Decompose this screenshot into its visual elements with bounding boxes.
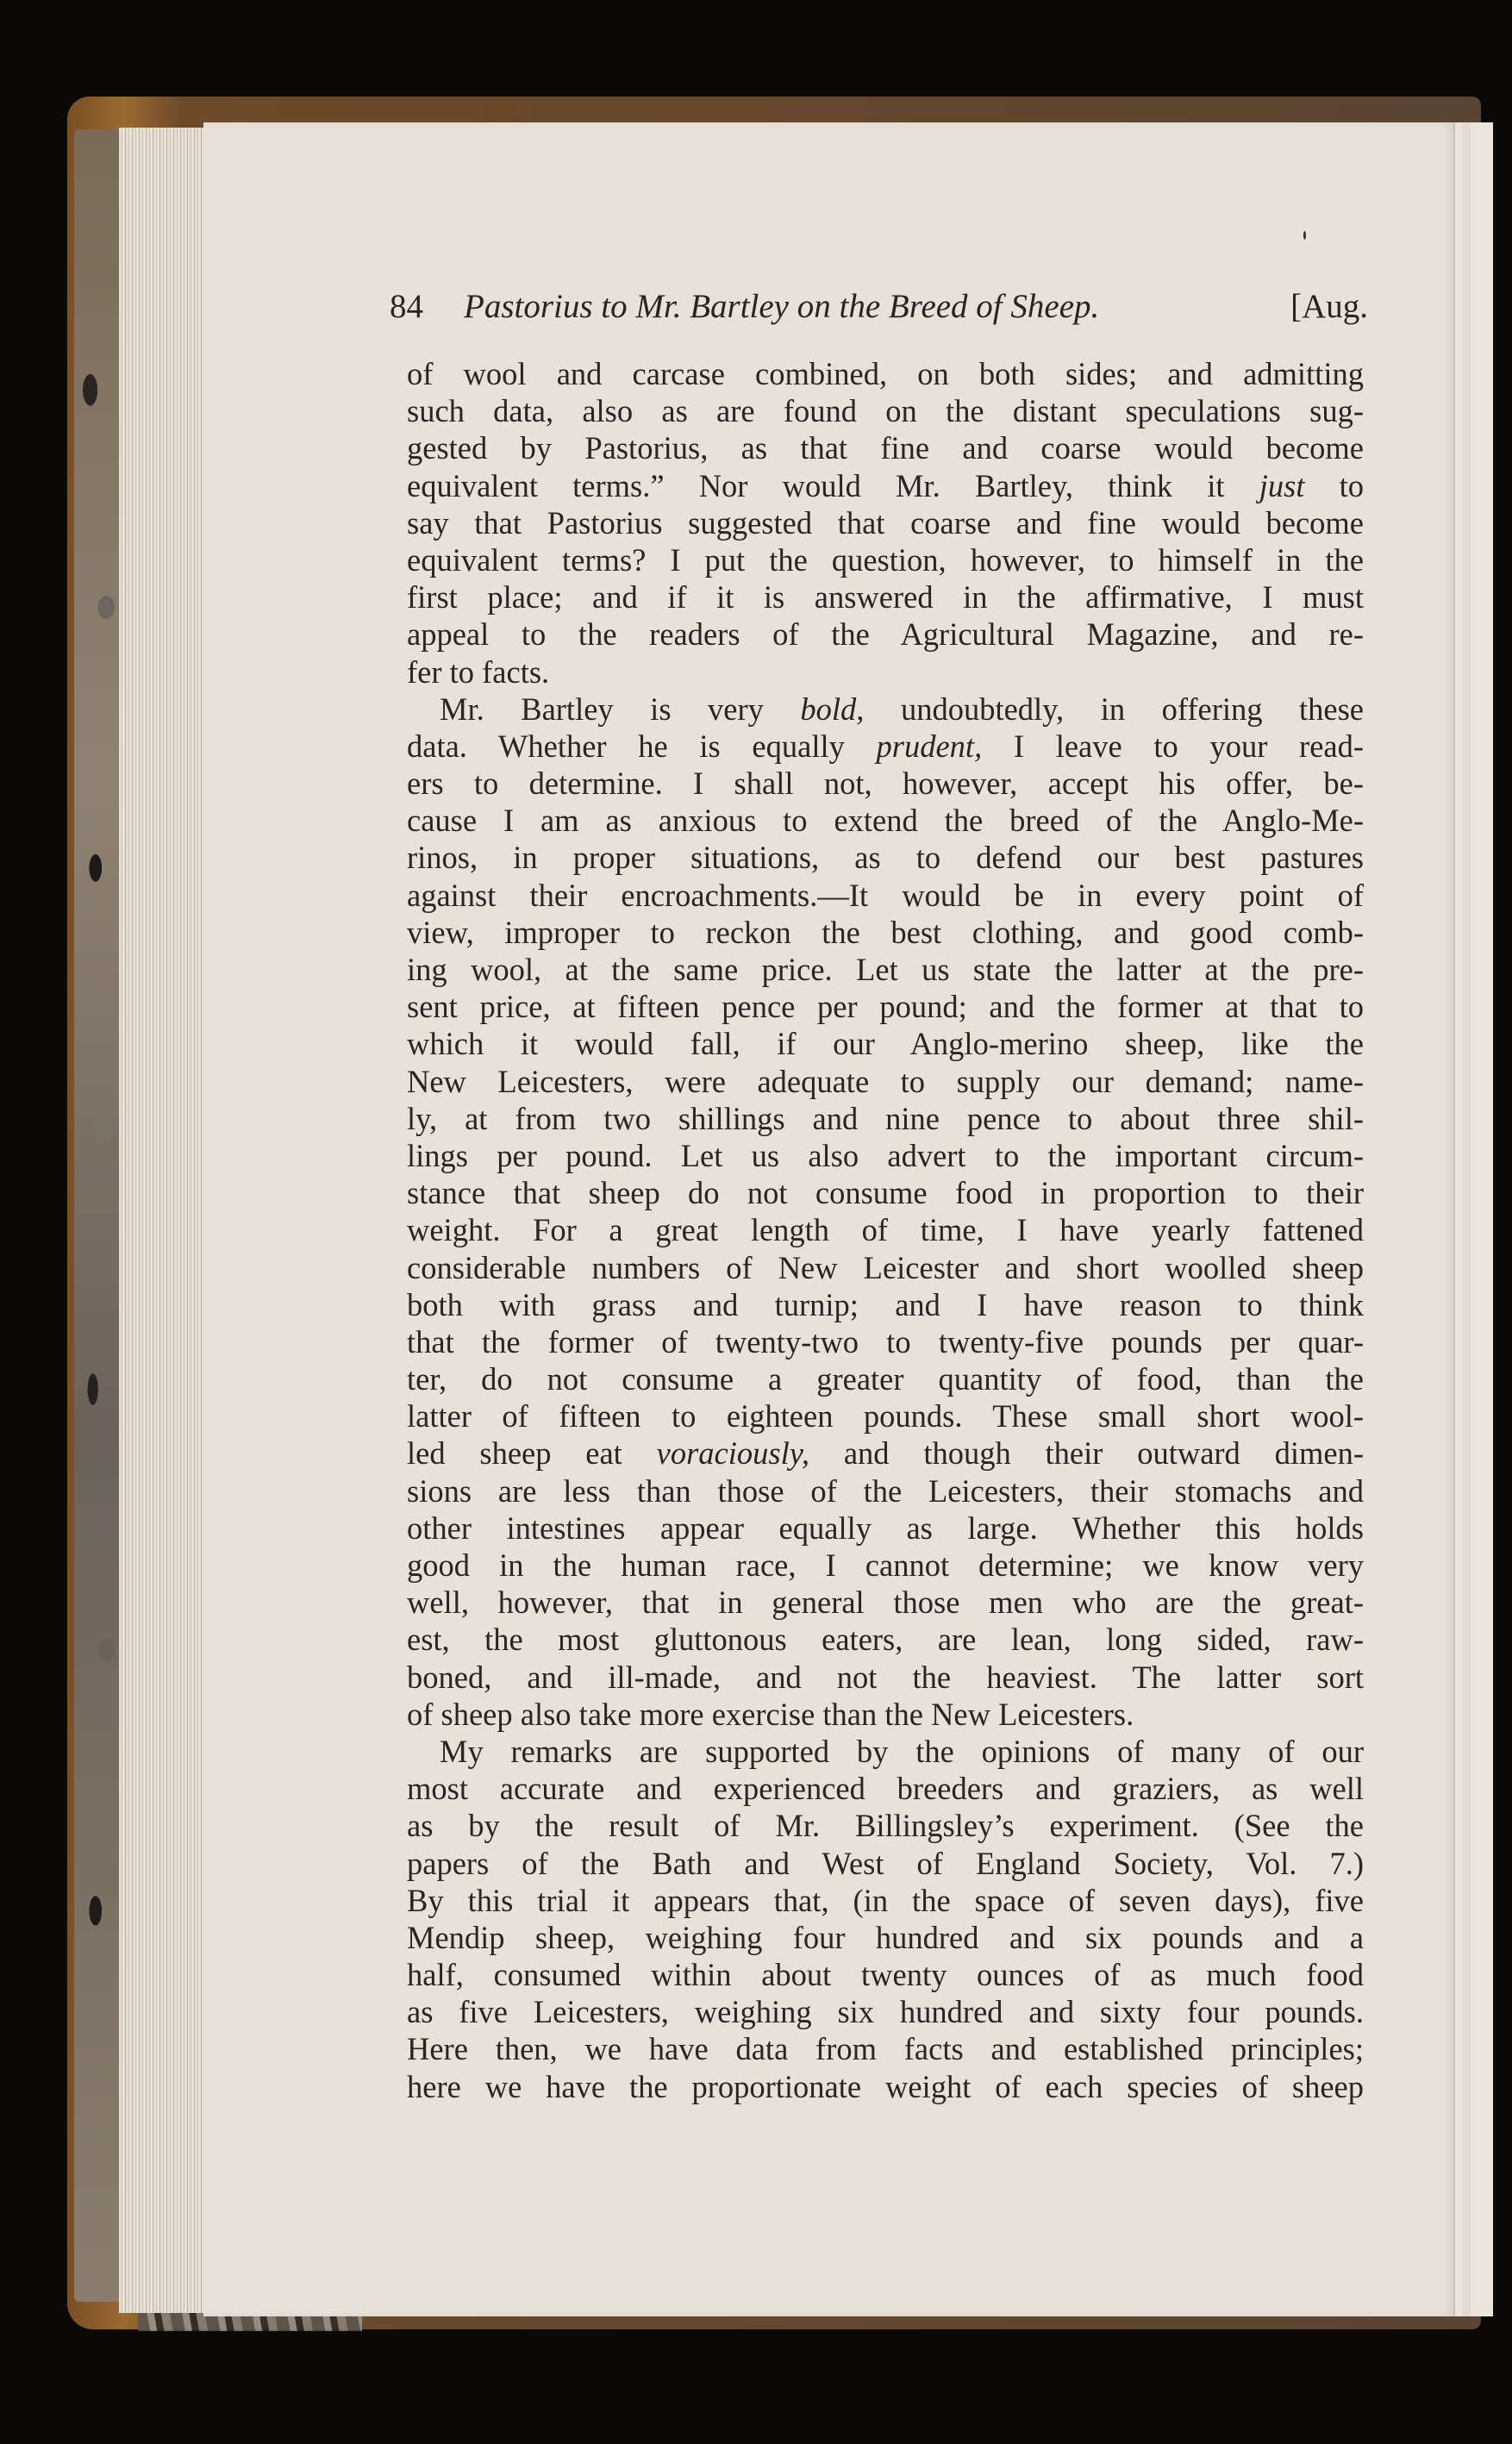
text-line: against their encroachments.—It would be… [407, 877, 1364, 914]
text-line: equivalent terms.” Nor would Mr. Bartley… [407, 467, 1364, 504]
text-line: say that Pastorius suggested that coarse… [407, 504, 1364, 541]
text-line: of sheep also take more exercise than th… [407, 1696, 1364, 1733]
text-line: here we have the proportionate weight of… [407, 2068, 1364, 2105]
text-line: cause I am as anxious to extend the bree… [407, 802, 1364, 839]
text-line: most accurate and experienced breeders a… [407, 1770, 1364, 1807]
text-line: weight. For a great length of time, I ha… [407, 1211, 1364, 1248]
text-line: rinos, in proper situations, as to defen… [407, 839, 1364, 876]
text-line: fer to facts. [407, 653, 1364, 691]
text-line: My remarks are supported by the opinions… [407, 1733, 1364, 1770]
page-edges-stack [119, 128, 205, 2313]
text-line: sent price, at fifteen pence per pound; … [407, 988, 1364, 1025]
text-line: which it would fall, if our Anglo-merino… [407, 1025, 1364, 1062]
text-line: equivalent terms? I put the question, ho… [407, 541, 1364, 578]
text-line: sions are less than those of the Leicest… [407, 1472, 1364, 1510]
text-line: appeal to the readers of the Agricultura… [407, 616, 1364, 653]
italic-emphasis: prudent, [877, 728, 983, 764]
text-line: boned, and ill-made, and not the heavies… [407, 1659, 1364, 1696]
text-line: ter, do not consume a greater quantity o… [407, 1360, 1364, 1397]
text-line: ly, at from two shillings and nine pence… [407, 1100, 1364, 1137]
text-line: By this trial it appears that, (in the s… [407, 1882, 1364, 1919]
text-line: that the former of twenty-two to twenty-… [407, 1323, 1364, 1360]
text-line: lings per pound. Let us also advert to t… [407, 1137, 1364, 1174]
text-line: est, the most gluttonous eaters, are lea… [407, 1621, 1364, 1658]
text-line: view, improper to reckon the best clothi… [407, 914, 1364, 951]
italic-emphasis: bold, [800, 691, 864, 727]
adjacent-page-edge [1453, 122, 1493, 2316]
italic-emphasis: voraciously, [657, 1435, 809, 1471]
text-line: as by the result of Mr. Billingsley’s ex… [407, 1807, 1364, 1844]
month-marker: [Aug. [1290, 287, 1368, 326]
text-line: Mendip sheep, weighing four hundred and … [407, 1919, 1364, 1956]
text-line: such data, also as are found on the dist… [407, 392, 1364, 429]
italic-emphasis: just [1259, 468, 1305, 503]
text-line: ers to determine. I shall not, however, … [407, 765, 1364, 802]
text-line: data. Whether he is equally prudent, I l… [407, 728, 1364, 765]
text-line: stance that sheep do not consume food in… [407, 1174, 1364, 1211]
text-line: ing wool, at the same price. Let us stat… [407, 951, 1364, 988]
text-line: gested by Pastorius, as that fine and co… [407, 429, 1364, 466]
text-line: New Leicesters, were adequate to supply … [407, 1063, 1364, 1100]
text-line: well, however, that in general those men… [407, 1584, 1364, 1621]
text-line: Mr. Bartley is very bold, undoubtedly, i… [407, 691, 1364, 728]
text-line: other intestines appear equally as large… [407, 1510, 1364, 1547]
running-title: Pastorius to Mr. Bartley on the Breed of… [464, 287, 1099, 326]
text-line: latter of fifteen to eighteen pounds. Th… [407, 1397, 1364, 1435]
page-number: 84 [390, 287, 423, 326]
text-line: papers of the Bath and West of England S… [407, 1845, 1364, 1882]
text-line: first place; and if it is answered in th… [407, 578, 1364, 616]
text-line: Here then, we have data from facts and e… [407, 2030, 1364, 2067]
running-header: 84 Pastorius to Mr. Bartley on the Breed… [390, 287, 1368, 328]
text-line: both with grass and turnip; and I have r… [407, 1286, 1364, 1323]
text-line: led sheep eat voraciously, and though th… [407, 1435, 1364, 1472]
text-line: of wool and carcase combined, on both si… [407, 355, 1364, 392]
text-line: half, consumed within about twenty ounce… [407, 1956, 1364, 1993]
body-text: of wool and carcase combined, on both si… [407, 355, 1364, 2105]
text-line: considerable numbers of New Leicester an… [407, 1249, 1364, 1286]
paper-speck [1303, 231, 1306, 240]
text-line: as five Leicesters, weighing six hundred… [407, 1993, 1364, 2030]
text-line: good in the human race, I cannot determi… [407, 1547, 1364, 1584]
